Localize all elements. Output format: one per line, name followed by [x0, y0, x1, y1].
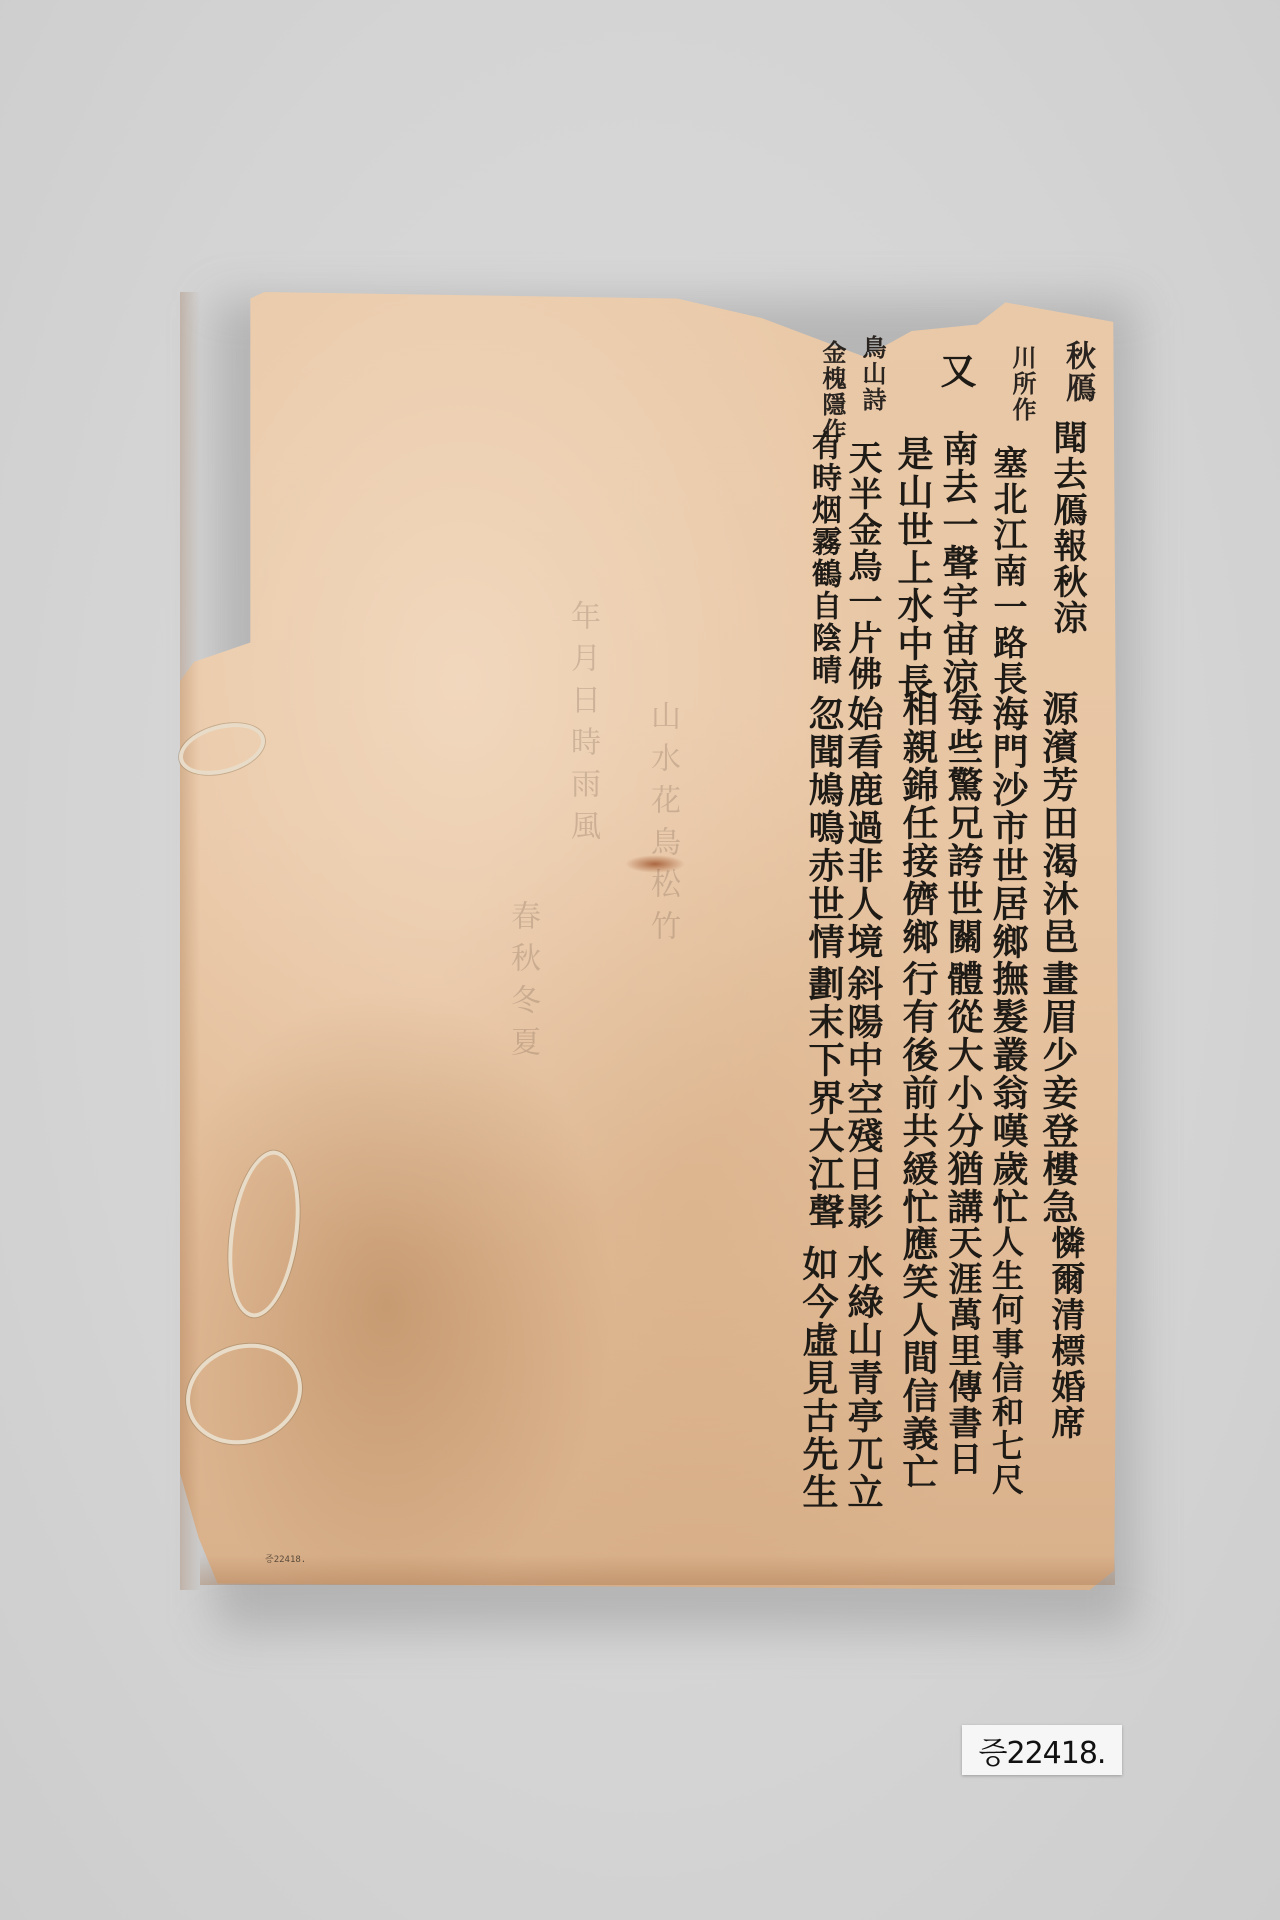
manuscript-column: 應笑人間信義亡 [900, 1225, 936, 1491]
manuscript-column: 海門沙市世居鄉 [990, 695, 1026, 961]
catalog-number-label: 증22418. [962, 1725, 1122, 1775]
manuscript-column: 是山世上水中長 [895, 435, 931, 701]
manuscript-column: 川所作 [1010, 345, 1034, 423]
manuscript-column: 斜陽中空殘日影 [845, 965, 881, 1231]
manuscript-column: 行有後前共緩忙 [900, 960, 936, 1226]
manuscript-column: 忽聞鳩鳴赤世情 [806, 695, 842, 961]
manuscript-column: 每些驚兄誇世關 [945, 690, 981, 956]
manuscript-column: 有時烟霧鶴自陰晴 [808, 430, 838, 686]
manuscript-column: 源濱芳田渴沐邑 [1040, 690, 1076, 956]
manuscript-column: 撫髮叢翁嘆歲忙 [990, 960, 1026, 1226]
manuscript-column: 天涯萬里傳書日 [945, 1225, 979, 1477]
manuscript-column: 相親錦任接儕鄉 [900, 690, 936, 956]
bleed-through-text: 春秋冬夏 [500, 900, 544, 1068]
manuscript-column: 天半金烏一片佛 [845, 440, 879, 692]
manuscript-column: 聞去鴈報秋涼 [1050, 420, 1084, 636]
bleed-through-text: 年月日時雨風 [560, 600, 604, 852]
manuscript-column: 體從大小分猶講 [945, 960, 981, 1226]
manuscript-column: 南去一聲宇宙涼 [940, 430, 976, 696]
manuscript-column: 如今虛見古先生 [800, 1245, 836, 1511]
manuscript-column: 始看鹿過非人境 [845, 695, 881, 961]
section-mark: 又 [938, 352, 974, 390]
manuscript-column: 劃末下界大江聲 [806, 965, 842, 1231]
manuscript-bottom-edge [200, 1555, 1115, 1585]
manuscript-column: 水綠山青亭兀立 [845, 1245, 881, 1511]
manuscript-column: 憐爾清標婚席 [1048, 1225, 1082, 1441]
manuscript-column: 秋鴈 [1062, 340, 1092, 404]
manuscript-column: 人生何事信和七尺 [990, 1225, 1022, 1497]
manuscript-column: 鳥山詩 [860, 335, 884, 413]
manuscript-column: 塞北江南一路長 [990, 445, 1024, 697]
catalog-stamp: 증22418. [265, 1552, 306, 1565]
bleed-through-text: 山水花鳥松竹 [640, 700, 684, 952]
manuscript-column: 畫眉少妾登樓急 [1040, 960, 1076, 1226]
manuscript-column: 金槐隱作 [820, 340, 844, 444]
